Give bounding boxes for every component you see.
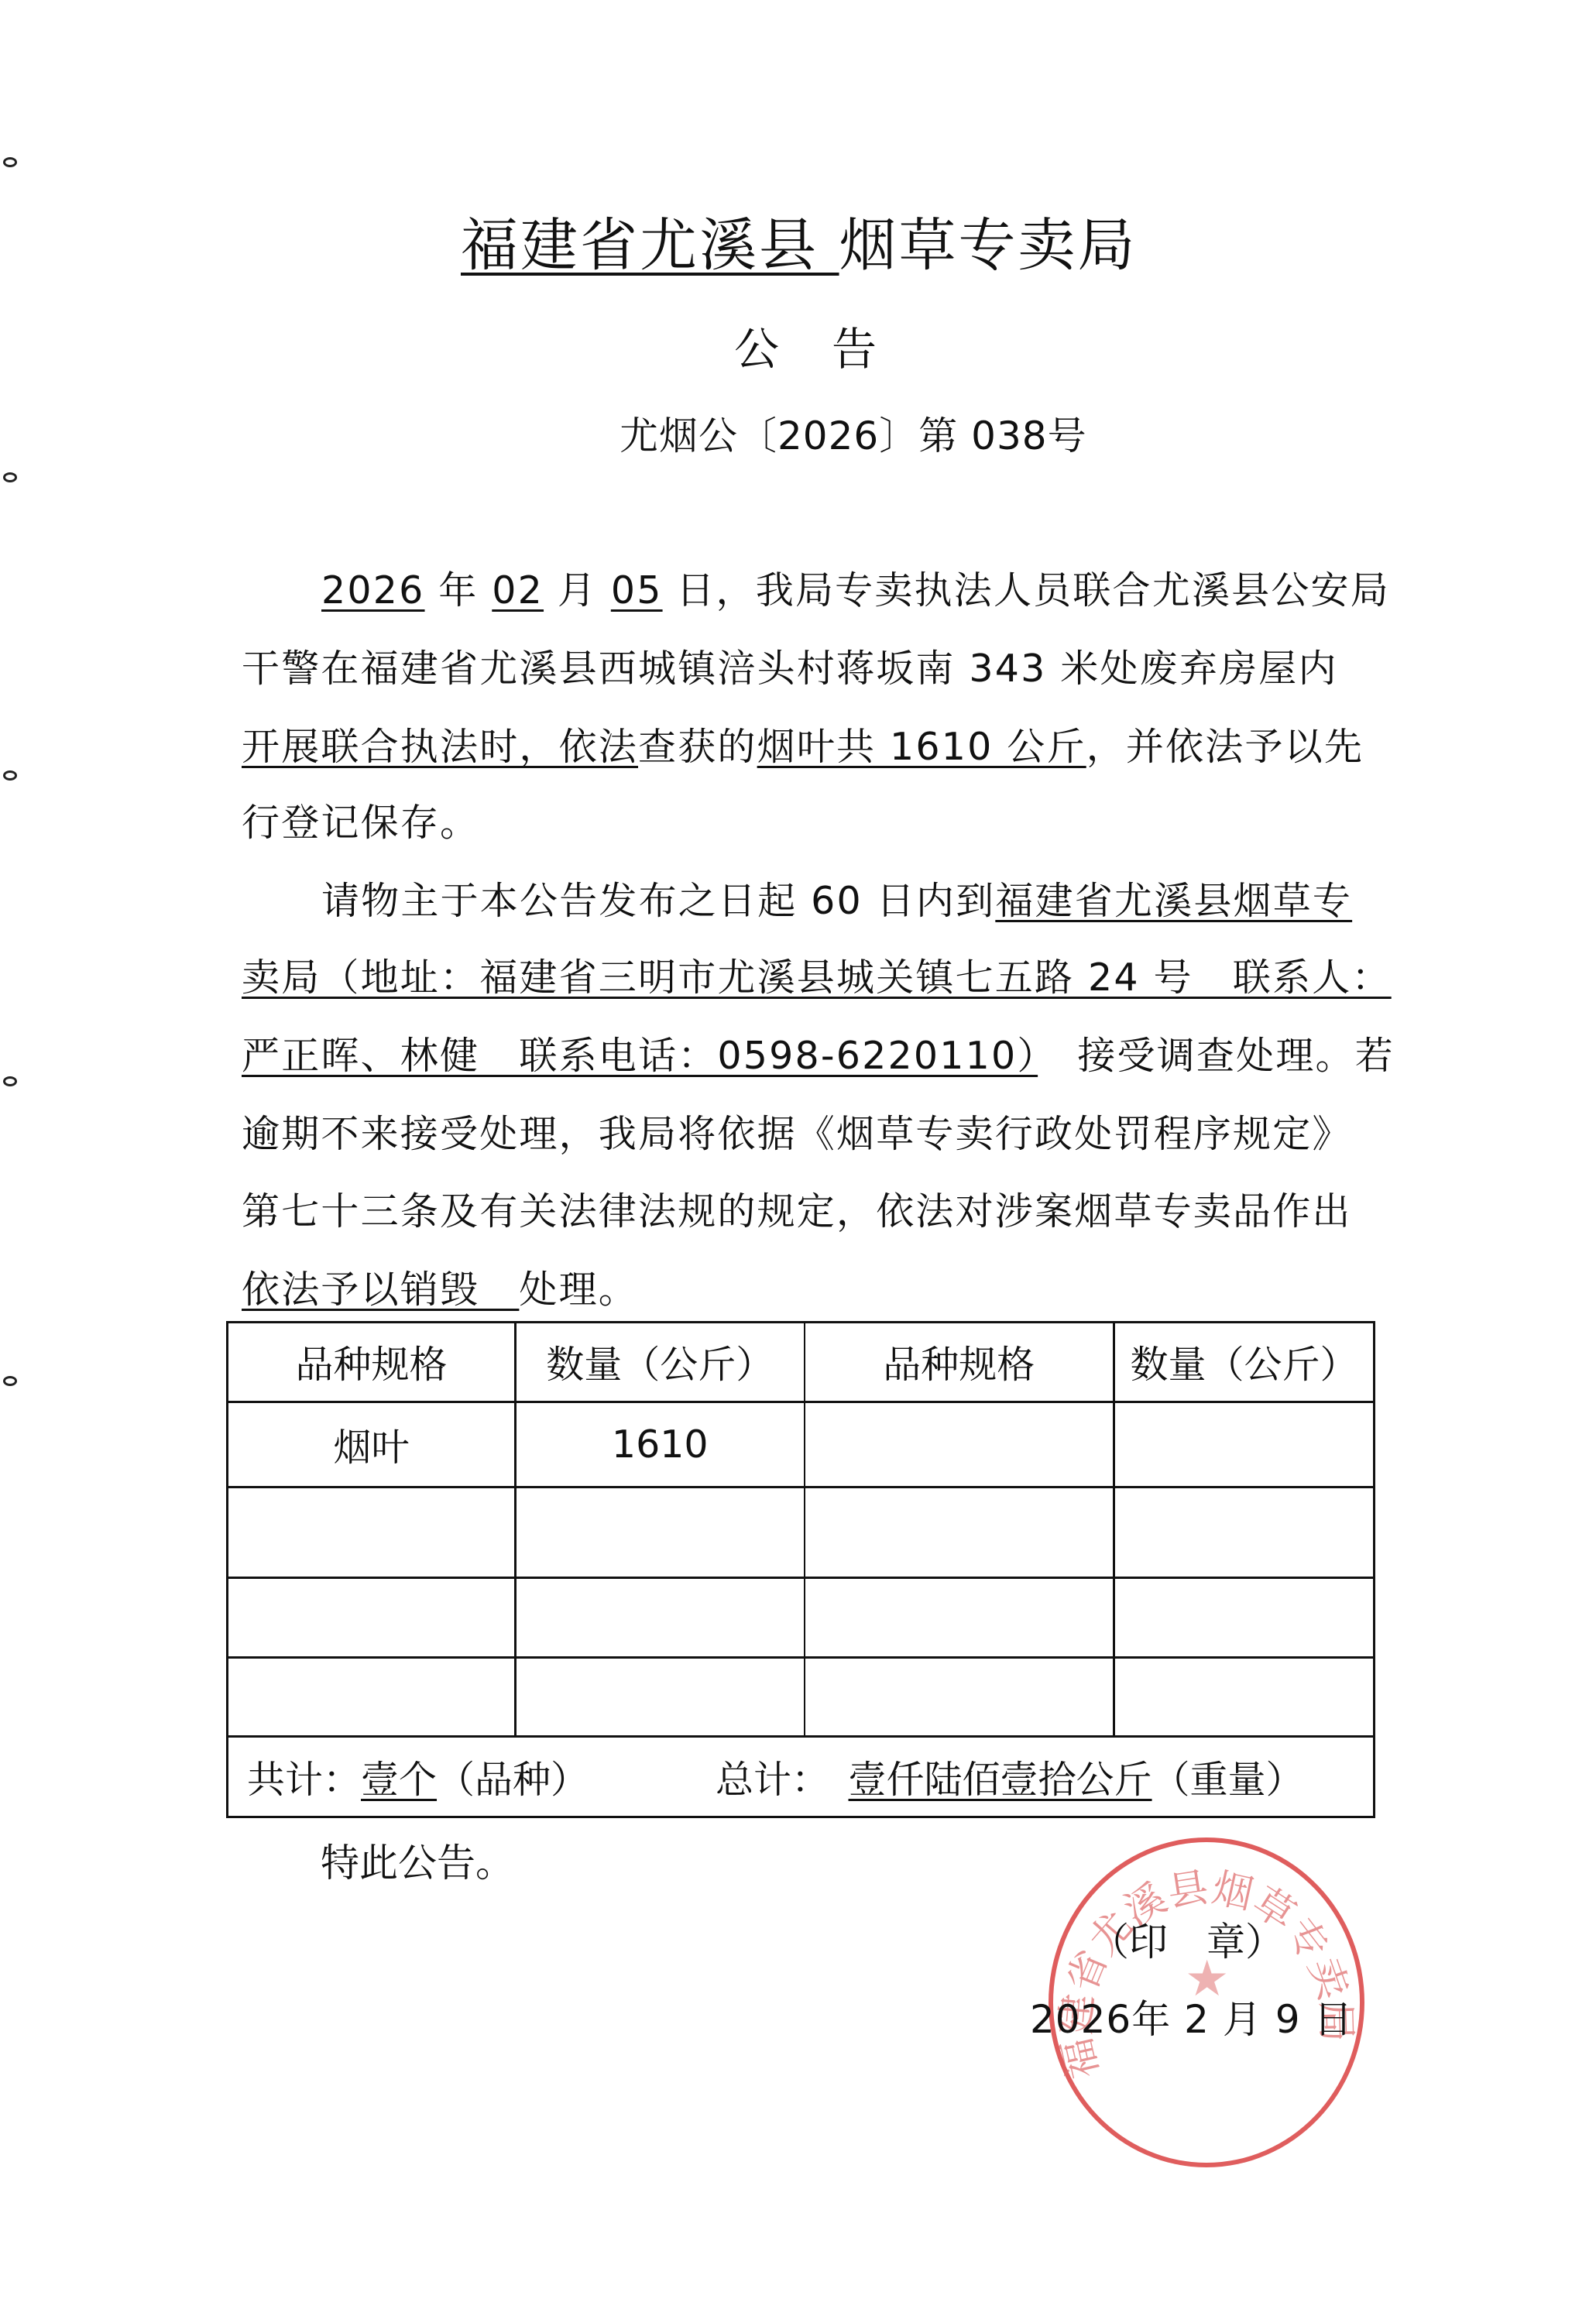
paragraph-1-line-1: 2026 年 02 月 05 日，我局专卖执法人员联合尤溪县公安局 — [242, 566, 1444, 616]
seal-label: （印 章） — [1090, 1919, 1284, 1965]
agency-name: 烟草专卖局 — [839, 212, 1138, 279]
weight-label: 总计： — [716, 1758, 849, 1802]
closing-statement: 特此公告。 — [321, 1838, 514, 1888]
line-text: 请物主于本公告发布之日起 60 日内到 — [321, 879, 995, 923]
table-cell — [805, 1487, 1114, 1578]
column-header: 数量（公斤） — [516, 1323, 805, 1402]
count-unit: （品种） — [437, 1758, 589, 1802]
contact-phone: 严正晖、林健 联系电话：0598-6220110） — [242, 1034, 1038, 1078]
totals-cell: 共计：壹个（品种）总计： 壹仟陆佰壹拾公斤（重量） — [228, 1737, 1375, 1817]
seizure-day: 05 — [611, 568, 663, 612]
disposal-method: 依法予以销毁 — [242, 1268, 519, 1312]
seized-items-table: 品种规格 数量（公斤） 品种规格 数量（公斤） 烟叶 1610 共计：壹个（品种… — [226, 1321, 1375, 1818]
table-row — [228, 1487, 1375, 1578]
table-row: 烟叶 1610 — [228, 1402, 1375, 1487]
table-cell: 烟叶 — [228, 1402, 516, 1487]
table-header-row: 品种规格 数量（公斤） 品种规格 数量（公斤） — [228, 1323, 1375, 1402]
column-header: 数量（公斤） — [1114, 1323, 1375, 1402]
line-text: 查获的 — [638, 725, 757, 769]
table-row — [228, 1578, 1375, 1658]
line-text: 处理。 — [519, 1268, 638, 1312]
binding-hole-mark — [3, 472, 17, 482]
paragraph-2-line-3: 严正晖、林健 联系电话：0598-6220110） 接受调查处理。若 — [242, 1031, 1364, 1081]
binding-hole-mark — [3, 1076, 17, 1086]
table-cell — [1114, 1658, 1375, 1737]
table-cell — [1114, 1578, 1375, 1658]
paragraph-1-line-2: 干警在福建省尤溪县西城镇涪头村蒋坂南 343 米处废弃房屋内 — [242, 644, 1364, 694]
paragraph-2-line-4: 逾期不来接受处理，我局将依据《烟草专卖行政处罚程序规定》 — [242, 1110, 1364, 1159]
document-number: 尤烟公〔2026〕第 038号 — [620, 410, 1087, 462]
table-totals-row: 共计：壹个（品种）总计： 壹仟陆佰壹拾公斤（重量） — [228, 1737, 1375, 1817]
table-cell — [228, 1578, 516, 1658]
weight-unit: （重量） — [1152, 1758, 1304, 1802]
agency-title: 福建省尤溪县 烟草专卖局 — [461, 211, 1138, 280]
table-cell — [516, 1578, 805, 1658]
agency-region: 福建省尤溪县 — [461, 212, 819, 279]
month-suffix: 月 — [544, 568, 611, 612]
count-label: 共计： — [247, 1758, 361, 1802]
table-cell — [805, 1402, 1114, 1487]
table-cell — [228, 1487, 516, 1578]
paragraph-1-line-4: 行登记保存。 — [242, 798, 1364, 848]
paragraph-2-line-5: 第七十三条及有关法律法规的规定，依法对涉案烟草专卖品作出 — [242, 1187, 1364, 1237]
line-text: 日，我局专卖执法人员联合尤溪县公安局 — [663, 568, 1390, 612]
column-header: 品种规格 — [805, 1323, 1114, 1402]
table-cell — [805, 1578, 1114, 1658]
binding-hole-mark — [3, 157, 17, 167]
binding-hole-mark — [3, 770, 17, 781]
count-value: 壹个 — [361, 1758, 437, 1802]
document-type-heading: 公告 — [734, 322, 877, 376]
title-underline-gap — [819, 212, 839, 279]
year-suffix: 年 — [425, 568, 493, 612]
issue-date: 2026年 2 月 9 日 — [1030, 1996, 1353, 2043]
table-cell — [516, 1658, 805, 1737]
line-text: ，并依法予以先 — [1086, 725, 1364, 769]
binding-hole-mark — [3, 1376, 17, 1386]
agency-address: 卖局（地址：福建省三明市尤溪县城关镇七五路 24 号 联系人： — [242, 956, 1392, 1000]
table-cell — [1114, 1402, 1375, 1487]
heading-char-1: 公 — [734, 323, 779, 376]
paragraph-1-line-3: 开展联合执法时，依法查获的烟叶共 1610 公斤，并依法予以先 — [242, 722, 1364, 772]
paragraph-2-line-2: 卖局（地址：福建省三明市尤溪县城关镇七五路 24 号 联系人： — [242, 953, 1364, 1003]
heading-char-2: 告 — [832, 323, 877, 376]
line-text: 接受调查处理。若 — [1038, 1034, 1395, 1078]
variety-count: 共计：壹个（品种） — [247, 1750, 716, 1804]
enforcement-action: 开展联合执法时，依法 — [242, 725, 638, 769]
column-header: 品种规格 — [228, 1323, 516, 1402]
total-weight: 总计： 壹仟陆佰壹拾公斤（重量） — [716, 1758, 1304, 1802]
table-cell: 1610 — [516, 1402, 805, 1487]
table-cell — [1114, 1487, 1375, 1578]
table-cell — [516, 1487, 805, 1578]
seizure-month: 02 — [492, 568, 544, 612]
seized-goods: 烟叶共 1610 公斤 — [757, 725, 1086, 769]
paragraph-2-line-1: 请物主于本公告发布之日起 60 日内到福建省尤溪县烟草专 — [242, 877, 1444, 926]
contact-agency: 福建省尤溪县烟草专 — [995, 879, 1352, 923]
table-cell — [228, 1658, 516, 1737]
paragraph-2-line-6: 依法予以销毁 处理。 — [242, 1265, 1364, 1315]
table-row — [228, 1658, 1375, 1737]
table-cell — [805, 1658, 1114, 1737]
weight-value: 壹仟陆佰壹拾公斤 — [849, 1758, 1152, 1802]
seizure-year: 2026 — [321, 568, 425, 612]
